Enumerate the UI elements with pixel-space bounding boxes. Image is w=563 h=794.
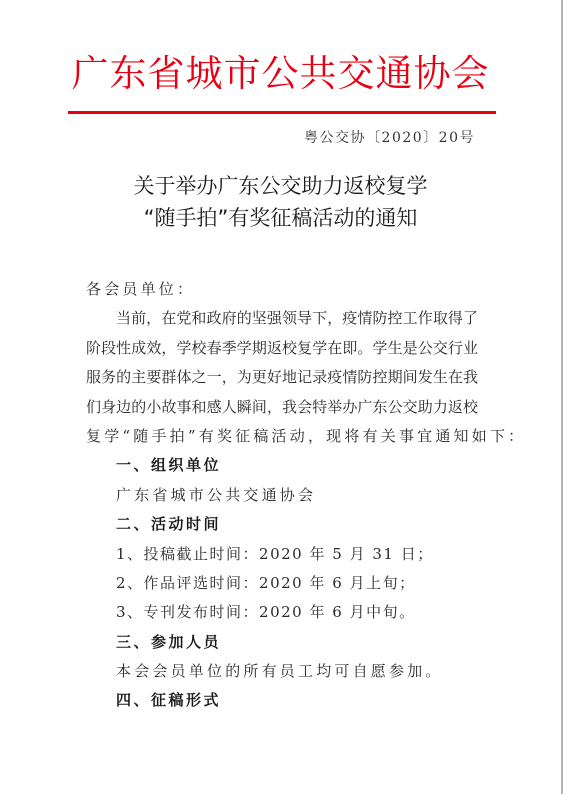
schedule-item: 1、投稿截止时间：2020 年 5 月 31 日； — [86, 540, 478, 569]
salutation: 各会员单位： — [86, 275, 478, 304]
intro-paragraph-line: 阶段性成效，学校春季学期返校复学在即。学生是公交行业 — [86, 334, 478, 363]
section-text: 广东省城市公共交通协会 — [86, 481, 478, 510]
notice-title-line-2: “随手拍”有奖征稿活动的通知 — [0, 202, 561, 234]
section-heading-submission-format: 四、征稿形式 — [86, 686, 478, 715]
section-text: 本会会员单位的所有员工均可自愿参加。 — [86, 657, 478, 686]
document-page: 广东省城市公共交通协会 粤公交协〔2020〕20号 关于举办广东公交助力返校复学… — [0, 0, 563, 794]
notice-title-line-1: 关于举办广东公交助力返校复学 — [0, 170, 561, 202]
notice-body: 各会员单位： 当前，在党和政府的坚强领导下，疫情防控工作取得了 阶段性成效，学校… — [86, 275, 478, 716]
section-heading-schedule: 二、活动时间 — [86, 510, 478, 539]
section-heading-organizer: 一、组织单位 — [86, 451, 478, 480]
section-heading-participants: 三、参加人员 — [86, 628, 478, 657]
letterhead-organization-name: 广东省城市公共交通协会 — [0, 50, 561, 98]
schedule-item: 2、作品评选时间：2020 年 6 月上旬； — [86, 569, 478, 598]
intro-paragraph-line: 们身边的小故事和感人瞬间，我会特举办广东公交助力返校 — [86, 393, 478, 422]
letterhead-red-rule — [68, 111, 496, 114]
document-number: 粤公交协〔2020〕20号 — [304, 128, 475, 148]
notice-title: 关于举办广东公交助力返校复学 “随手拍”有奖征稿活动的通知 — [0, 170, 561, 234]
schedule-item: 3、专刊发布时间：2020 年 6 月中旬。 — [86, 598, 478, 627]
intro-paragraph-line: 复学“随手拍”有奖征稿活动，现将有关事宜通知如下： — [86, 422, 478, 451]
intro-paragraph-line: 当前，在党和政府的坚强领导下，疫情防控工作取得了 — [86, 304, 478, 333]
intro-paragraph-line: 服务的主要群体之一，为更好地记录疫情防控期间发生在我 — [86, 363, 478, 392]
